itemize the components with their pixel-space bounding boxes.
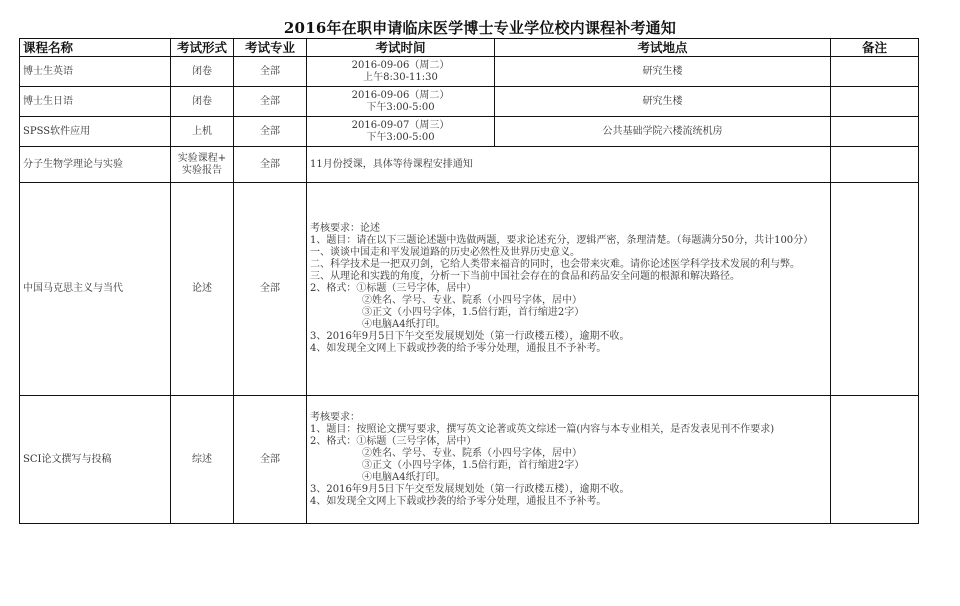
requirement-line: 考核要求：论述 xyxy=(310,223,827,235)
exam-form: 论述 xyxy=(171,183,234,396)
requirement-line: ④电脑A4纸打印。 xyxy=(310,472,827,484)
exam-location: 研究生楼 xyxy=(495,87,831,117)
exam-form: 综述 xyxy=(171,396,234,524)
remark xyxy=(831,117,919,147)
requirement-line: 4、如发现全文网上下载或抄袭的给予零分处理，通报且不予补考。 xyxy=(310,343,827,355)
exam-major: 全部 xyxy=(234,396,307,524)
exam-form-line: 实验课程+ xyxy=(174,153,230,165)
table-row: 中国马克思主义与当代 论述 全部 考核要求：论述 1、题目：请在以下三题论述题中… xyxy=(20,183,919,396)
table-row: 分子生物学理论与实验 实验课程+ 实验报告 全部 11月份授课，具体等待课程安排… xyxy=(20,147,919,183)
course-name: 中国马克思主义与当代 xyxy=(20,183,171,396)
requirement-line: 1、题目：按照论文撰写要求，撰写英文论著或英文综述一篇(内容与本专业相关，是否发… xyxy=(310,424,827,436)
exam-location: 公共基础学院六楼流统机房 xyxy=(495,117,831,147)
requirement-line: 3、2016年9月5日下午交至发展规划处（第一行政楼五楼），逾期不收。 xyxy=(310,484,827,496)
remark xyxy=(831,396,919,524)
table-row: SCI论文撰写与投稿 综述 全部 考核要求： 1、题目：按照论文撰写要求，撰写英… xyxy=(20,396,919,524)
requirement-line: 3、2016年9月5日下午交至发展规划处（第一行政楼五楼），逾期不收。 xyxy=(310,331,827,343)
requirement-line: ②姓名、学号、专业、院系（小四号字体，居中） xyxy=(310,448,827,460)
exam-major: 全部 xyxy=(234,147,307,183)
exam-form: 实验课程+ 实验报告 xyxy=(171,147,234,183)
requirement-line: ④电脑A4纸打印。 xyxy=(310,319,827,331)
header-remark: 备注 xyxy=(831,39,919,57)
exam-date: 2016-09-06（周二） xyxy=(310,90,491,102)
header-major: 考试专业 xyxy=(234,39,307,57)
requirement-line: 1、题目：请在以下三题论述题中选做两题，要求论述充分，逻辑严密，条理清楚。（每题… xyxy=(310,235,827,247)
exam-time: 2016-09-07（周三） 下午3:00-5:00 xyxy=(307,117,495,147)
exam-requirements: 考核要求： 1、题目：按照论文撰写要求，撰写英文论著或英文综述一篇(内容与本专业… xyxy=(307,396,831,524)
course-name: 分子生物学理论与实验 xyxy=(20,147,171,183)
requirement-line: ③正文（小四号字体，1.5倍行距，首行缩进2字） xyxy=(310,307,827,319)
exam-major: 全部 xyxy=(234,117,307,147)
table-row: 博士生英语 闭卷 全部 2016-09-06（周二） 上午8:30-11:30 … xyxy=(20,57,919,87)
exam-major: 全部 xyxy=(234,57,307,87)
course-name: 博士生英语 xyxy=(20,57,171,87)
requirement-line: ③正文（小四号字体，1.5倍行距，首行缩进2字） xyxy=(310,460,827,472)
document-title: 2016年在职申请临床医学博士专业学位校内课程补考通知 xyxy=(0,17,960,38)
exam-form: 闭卷 xyxy=(171,87,234,117)
course-name: SCI论文撰写与投稿 xyxy=(20,396,171,524)
exam-schedule-table: 课程名称 考试形式 考试专业 考试时间 考试地点 备注 博士生英语 闭卷 全部 … xyxy=(19,38,919,524)
exam-form-line: 实验报告 xyxy=(174,165,230,177)
exam-date: 2016-09-07（周三） xyxy=(310,120,491,132)
exam-location: 研究生楼 xyxy=(495,57,831,87)
exam-major: 全部 xyxy=(234,87,307,117)
exam-slot: 下午3:00-5:00 xyxy=(310,132,491,144)
header-course: 课程名称 xyxy=(20,39,171,57)
header-time: 考试时间 xyxy=(307,39,495,57)
exam-slot: 上午8:30-11:30 xyxy=(310,72,491,84)
requirement-line: ②姓名、学号、专业、院系（小四号字体，居中） xyxy=(310,295,827,307)
course-name: 博士生日语 xyxy=(20,87,171,117)
exam-form: 闭卷 xyxy=(171,57,234,87)
course-name: SPSS软件应用 xyxy=(20,117,171,147)
header-location: 考试地点 xyxy=(495,39,831,57)
table-row: 博士生日语 闭卷 全部 2016-09-06（周二） 下午3:00-5:00 研… xyxy=(20,87,919,117)
requirement-line: 4、如发现全文网上下载或抄袭的给予零分处理，通报且不予补考。 xyxy=(310,496,827,508)
requirement-line: 二、科学技术是一把双刃剑，它给人类带来福音的同时，也会带来灾难。请你论述医学科学… xyxy=(310,259,827,271)
exam-requirements: 考核要求：论述 1、题目：请在以下三题论述题中选做两题，要求论述充分，逻辑严密，… xyxy=(307,183,831,396)
requirement-line: 2、格式：①标题（三号字体，居中） xyxy=(310,436,827,448)
requirement-line: 2、格式：①标题（三号字体，居中） xyxy=(310,283,827,295)
header-row: 课程名称 考试形式 考试专业 考试时间 考试地点 备注 xyxy=(20,39,919,57)
exam-time: 2016-09-06（周二） 下午3:00-5:00 xyxy=(307,87,495,117)
remark xyxy=(831,57,919,87)
remark xyxy=(831,183,919,396)
exam-date: 2016-09-06（周二） xyxy=(310,60,491,72)
header-form: 考试形式 xyxy=(171,39,234,57)
remark xyxy=(831,147,919,183)
requirement-line: 三、从理论和实践的角度，分析一下当前中国社会存在的食品和药品安全问题的根源和解决… xyxy=(310,271,827,283)
requirement-line: 考核要求： xyxy=(310,412,827,424)
requirement-line: 一、谈谈中国走和平发展道路的历史必然性及世界历史意义。 xyxy=(310,247,827,259)
course-note: 11月份授课，具体等待课程安排通知 xyxy=(307,147,831,183)
remark xyxy=(831,87,919,117)
table-row: SPSS软件应用 上机 全部 2016-09-07（周三） 下午3:00-5:0… xyxy=(20,117,919,147)
exam-major: 全部 xyxy=(234,183,307,396)
exam-time: 2016-09-06（周二） 上午8:30-11:30 xyxy=(307,57,495,87)
exam-form: 上机 xyxy=(171,117,234,147)
exam-slot: 下午3:00-5:00 xyxy=(310,102,491,114)
